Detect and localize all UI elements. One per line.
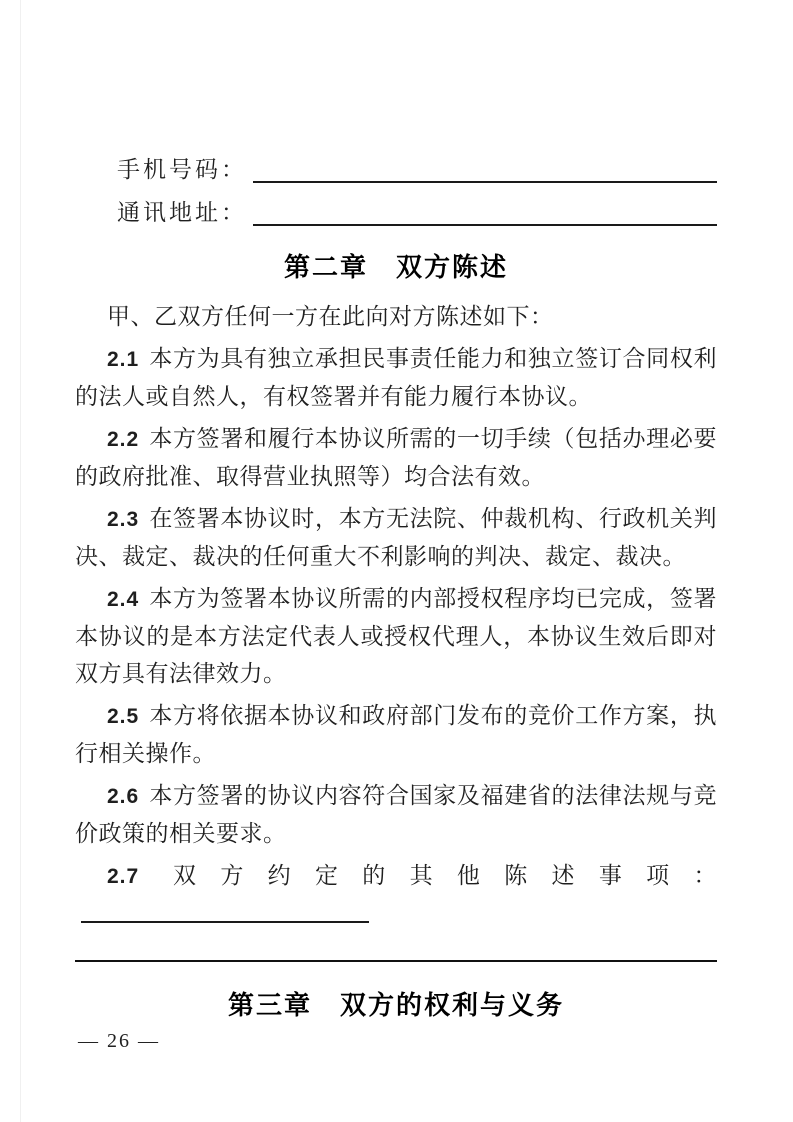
page-number: — 26 — xyxy=(78,1030,160,1053)
mailing-address-blank xyxy=(253,198,717,226)
clause-paragraph: 2.7双方约定的其他陈述事项： xyxy=(75,857,717,932)
clause-text: 本方签署的协议内容符合国家及福建省的法律法规与竞价政策的相关要求。 xyxy=(75,783,717,846)
clause-text: 本方为具有独立承担民事责任能力和独立签订合同权利的法人或自然人，有权签署并有能力… xyxy=(75,346,717,409)
clause-text: 本方签署和履行本协议所需的一切手续（包括办理必要的政府批准、取得营业执照等）均合… xyxy=(75,426,717,489)
clause-number: 2.3 xyxy=(107,508,139,531)
clause-paragraph: 2.5本方将依据本协议和政府部门发布的竞价工作方案，执行相关操作。 xyxy=(75,697,717,772)
clause-paragraph: 2.6本方签署的协议内容符合国家及福建省的法律法规与竞价政策的相关要求。 xyxy=(75,777,717,852)
document-page: 手机号码： 通讯地址： 第二章 双方陈述 甲、乙双方任何一方在此向对方陈述如下：… xyxy=(0,0,793,1122)
clauses: 2.1本方为具有独立承担民事责任能力和独立签订合同权利的法人或自然人，有权签署并… xyxy=(75,340,717,932)
clause-paragraph: 2.1本方为具有独立承担民事责任能力和独立签订合同权利的法人或自然人，有权签署并… xyxy=(75,340,717,415)
clause-number: 2.7 xyxy=(107,865,139,888)
chapter3-heading: 第三章 双方的权利与义务 xyxy=(75,988,717,1022)
clause-paragraph: 2.2本方签署和履行本协议所需的一切手续（包括办理必要的政府批准、取得营业执照等… xyxy=(75,420,717,495)
chapter2-heading: 第二章 双方陈述 xyxy=(75,250,717,284)
clause-number: 2.4 xyxy=(107,588,139,611)
page-edge-artifact xyxy=(20,0,21,1122)
clause-fill-in-blank xyxy=(81,903,369,923)
clause-text: 双方约定的其他陈述事项： xyxy=(149,863,717,888)
chapter2-intro: 甲、乙双方任何一方在此向对方陈述如下： xyxy=(75,298,717,335)
form-row-mobile: 手机号码： xyxy=(117,145,717,183)
clause-paragraph: 2.3在签署本协议时，本方无法院、仲裁机构、行政机关判决、裁定、裁决的任何重大不… xyxy=(75,500,717,575)
clause-number: 2.6 xyxy=(107,785,139,808)
form-row-address: 通讯地址： xyxy=(117,188,717,226)
clause-number: 2.5 xyxy=(107,705,139,728)
clause-paragraph: 2.4本方为签署本协议所需的内部授权程序均已完成，签署本协议的是本方法定代表人或… xyxy=(75,580,717,692)
clause-text: 本方为签署本协议所需的内部授权程序均已完成，签署本协议的是本方法定代表人或授权代… xyxy=(75,586,717,686)
clause-number: 2.2 xyxy=(107,428,139,451)
clause-text: 在签署本协议时，本方无法院、仲裁机构、行政机关判决、裁定、裁决的任何重大不利影响… xyxy=(75,506,717,569)
page-content: 手机号码： 通讯地址： 第二章 双方陈述 甲、乙双方任何一方在此向对方陈述如下：… xyxy=(75,145,717,1036)
mobile-number-blank xyxy=(253,155,717,183)
clause-text: 本方将依据本协议和政府部门发布的竞价工作方案，执行相关操作。 xyxy=(75,703,717,766)
mobile-number-label: 手机号码： xyxy=(117,158,247,183)
clause-number: 2.1 xyxy=(107,348,139,371)
mailing-address-label: 通讯地址： xyxy=(117,201,247,226)
section-divider-rule xyxy=(75,960,717,962)
